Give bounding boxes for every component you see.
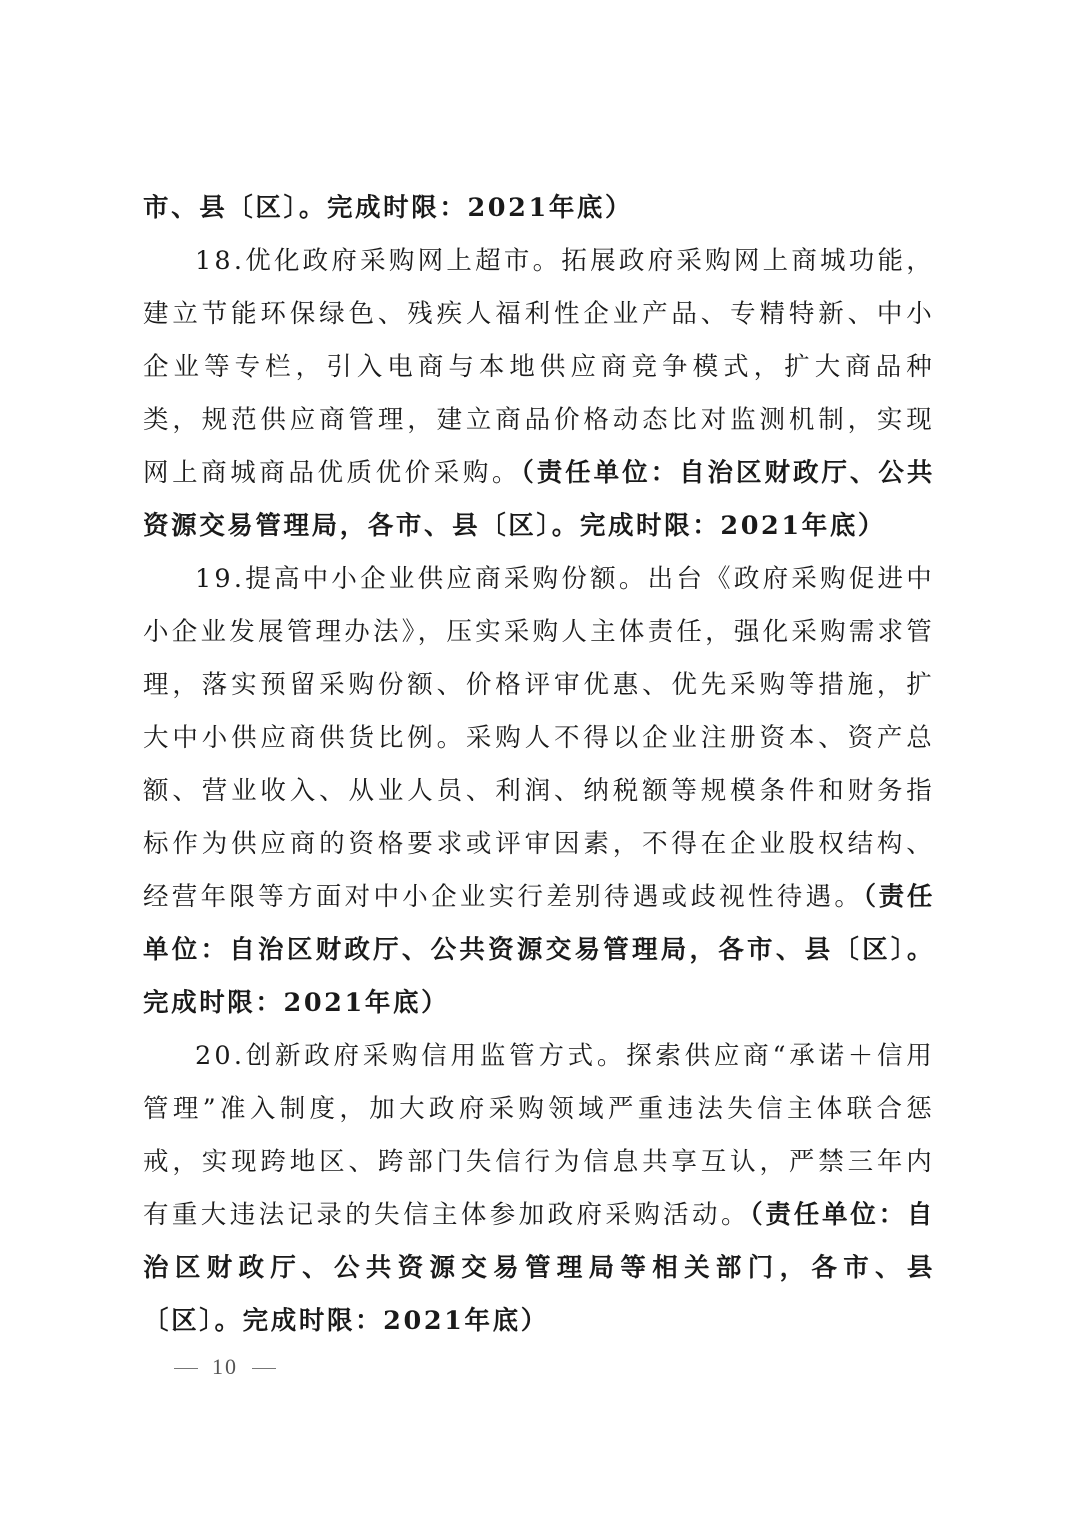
document-page: 市、县〔区〕。完成时限：2021年底） 18.优化政府采购网上超市。拓展政府采购… <box>143 182 935 1348</box>
page-footer: 10 <box>160 1354 290 1380</box>
dash-right <box>252 1368 276 1369</box>
continuation-paragraph: 市、县〔区〕。完成时限：2021年底） <box>143 182 935 235</box>
page-number: 10 <box>212 1354 238 1379</box>
item-body: 优化政府采购网上超市。拓展政府采购网上商城功能，建立节能环保绿色、残疾人福利性企… <box>143 246 935 488</box>
item-19-paragraph: 19.提高中小企业供应商采购份额。出台《政府采购促进中小企业发展管理办法》，压实… <box>143 553 935 1030</box>
responsibility-text: 市、县〔区〕。完成时限：2021年底） <box>143 193 633 223</box>
item-18-paragraph: 18.优化政府采购网上超市。拓展政府采购网上商城功能，建立节能环保绿色、残疾人福… <box>143 235 935 553</box>
item-number: 19. <box>195 564 245 594</box>
item-number: 18. <box>195 246 245 276</box>
item-20-paragraph: 20.创新政府采购信用监管方式。探索供应商“承诺＋信用管理”准入制度，加大政府采… <box>143 1030 935 1348</box>
item-body: 提高中小企业供应商采购份额。出台《政府采购促进中小企业发展管理办法》，压实采购人… <box>143 564 935 912</box>
dash-left <box>174 1368 198 1369</box>
item-number: 20. <box>195 1041 245 1071</box>
